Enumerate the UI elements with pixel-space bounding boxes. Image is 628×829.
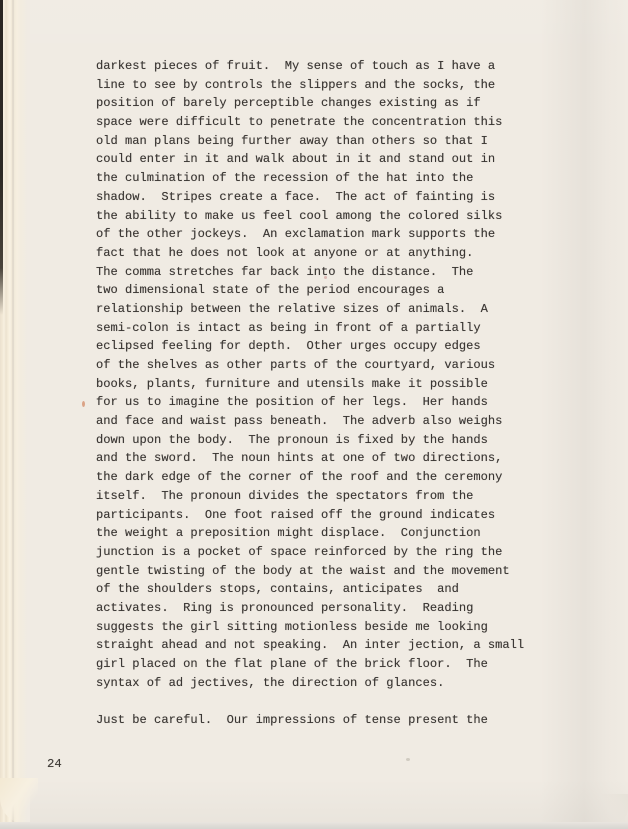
- dust-speck: [324, 276, 327, 279]
- text-line: junction is a pocket of space reinforced…: [96, 543, 524, 562]
- text-line: activates. Ring is pronounced personalit…: [96, 599, 524, 618]
- spine-shadow-line: [0, 0, 3, 315]
- text-line: the weight a preposition might displace.…: [96, 524, 524, 543]
- text-line: suggests the girl sitting motionless bes…: [96, 618, 524, 637]
- text-line: the dark edge of the corner of the roof …: [96, 468, 524, 487]
- text-line: for us to imagine the position of her le…: [96, 393, 524, 412]
- text-line: gentle twisting of the body at the waist…: [96, 562, 524, 581]
- text-line: the ability to make us feel cool among t…: [96, 207, 524, 226]
- text-line: line to see by controls the slippers and…: [96, 76, 524, 95]
- dust-speck: [82, 401, 85, 407]
- text-line: participants. One foot raised off the gr…: [96, 506, 524, 525]
- text-line: darkest pieces of fruit. My sense of tou…: [96, 57, 524, 76]
- text-line: of the other jockeys. An exclamation mar…: [96, 225, 524, 244]
- text-line: syntax of ad jectives, the direction of …: [96, 674, 524, 693]
- text-line: relationship between the relative sizes …: [96, 300, 524, 319]
- text-line: The comma stretches far back into the di…: [96, 263, 524, 282]
- text-line: shadow. Stripes create a face. The act o…: [96, 188, 524, 207]
- blank-line: [96, 692, 524, 711]
- text-line: and face and waist pass beneath. The adv…: [96, 412, 524, 431]
- text-line: could enter in it and walk about in it a…: [96, 150, 524, 169]
- text-line: semi-colon is intact as being in front o…: [96, 319, 524, 338]
- dust-speck: [406, 758, 410, 761]
- page-edge-bottom: [0, 822, 628, 829]
- text-line: girl placed on the flat plane of the bri…: [96, 655, 524, 674]
- text-line: fact that he does not look at anyone or …: [96, 244, 524, 263]
- text-line: space were difficult to penetrate the co…: [96, 113, 524, 132]
- text-line: position of barely perceptible changes e…: [96, 94, 524, 113]
- text-line: eclipsed feeling for depth. Other urges …: [96, 337, 524, 356]
- text-line: straight ahead and not speaking. An inte…: [96, 636, 524, 655]
- page-edge-left: [0, 0, 30, 829]
- text-line: Just be careful. Our impressions of tens…: [96, 711, 524, 730]
- page-corner-bottom-right: [602, 794, 628, 824]
- page-number: 24: [47, 757, 62, 771]
- text-line: old man plans being further away than ot…: [96, 132, 524, 151]
- text-line: itself. The pronoun divides the spectato…: [96, 487, 524, 506]
- text-line: two dimensional state of the period enco…: [96, 281, 524, 300]
- text-line: and the sword. The noun hints at one of …: [96, 449, 524, 468]
- book-page-scan: darkest pieces of fruit. My sense of tou…: [0, 0, 628, 829]
- text-line: of the shelves as other parts of the cou…: [96, 356, 524, 375]
- text-line: the culmination of the recession of the …: [96, 169, 524, 188]
- text-line: down upon the body. The pronoun is fixed…: [96, 431, 524, 450]
- page-text: darkest pieces of fruit. My sense of tou…: [96, 57, 524, 730]
- text-line: books, plants, furniture and utensils ma…: [96, 375, 524, 394]
- text-line: of the shoulders stops, contains, antici…: [96, 580, 524, 599]
